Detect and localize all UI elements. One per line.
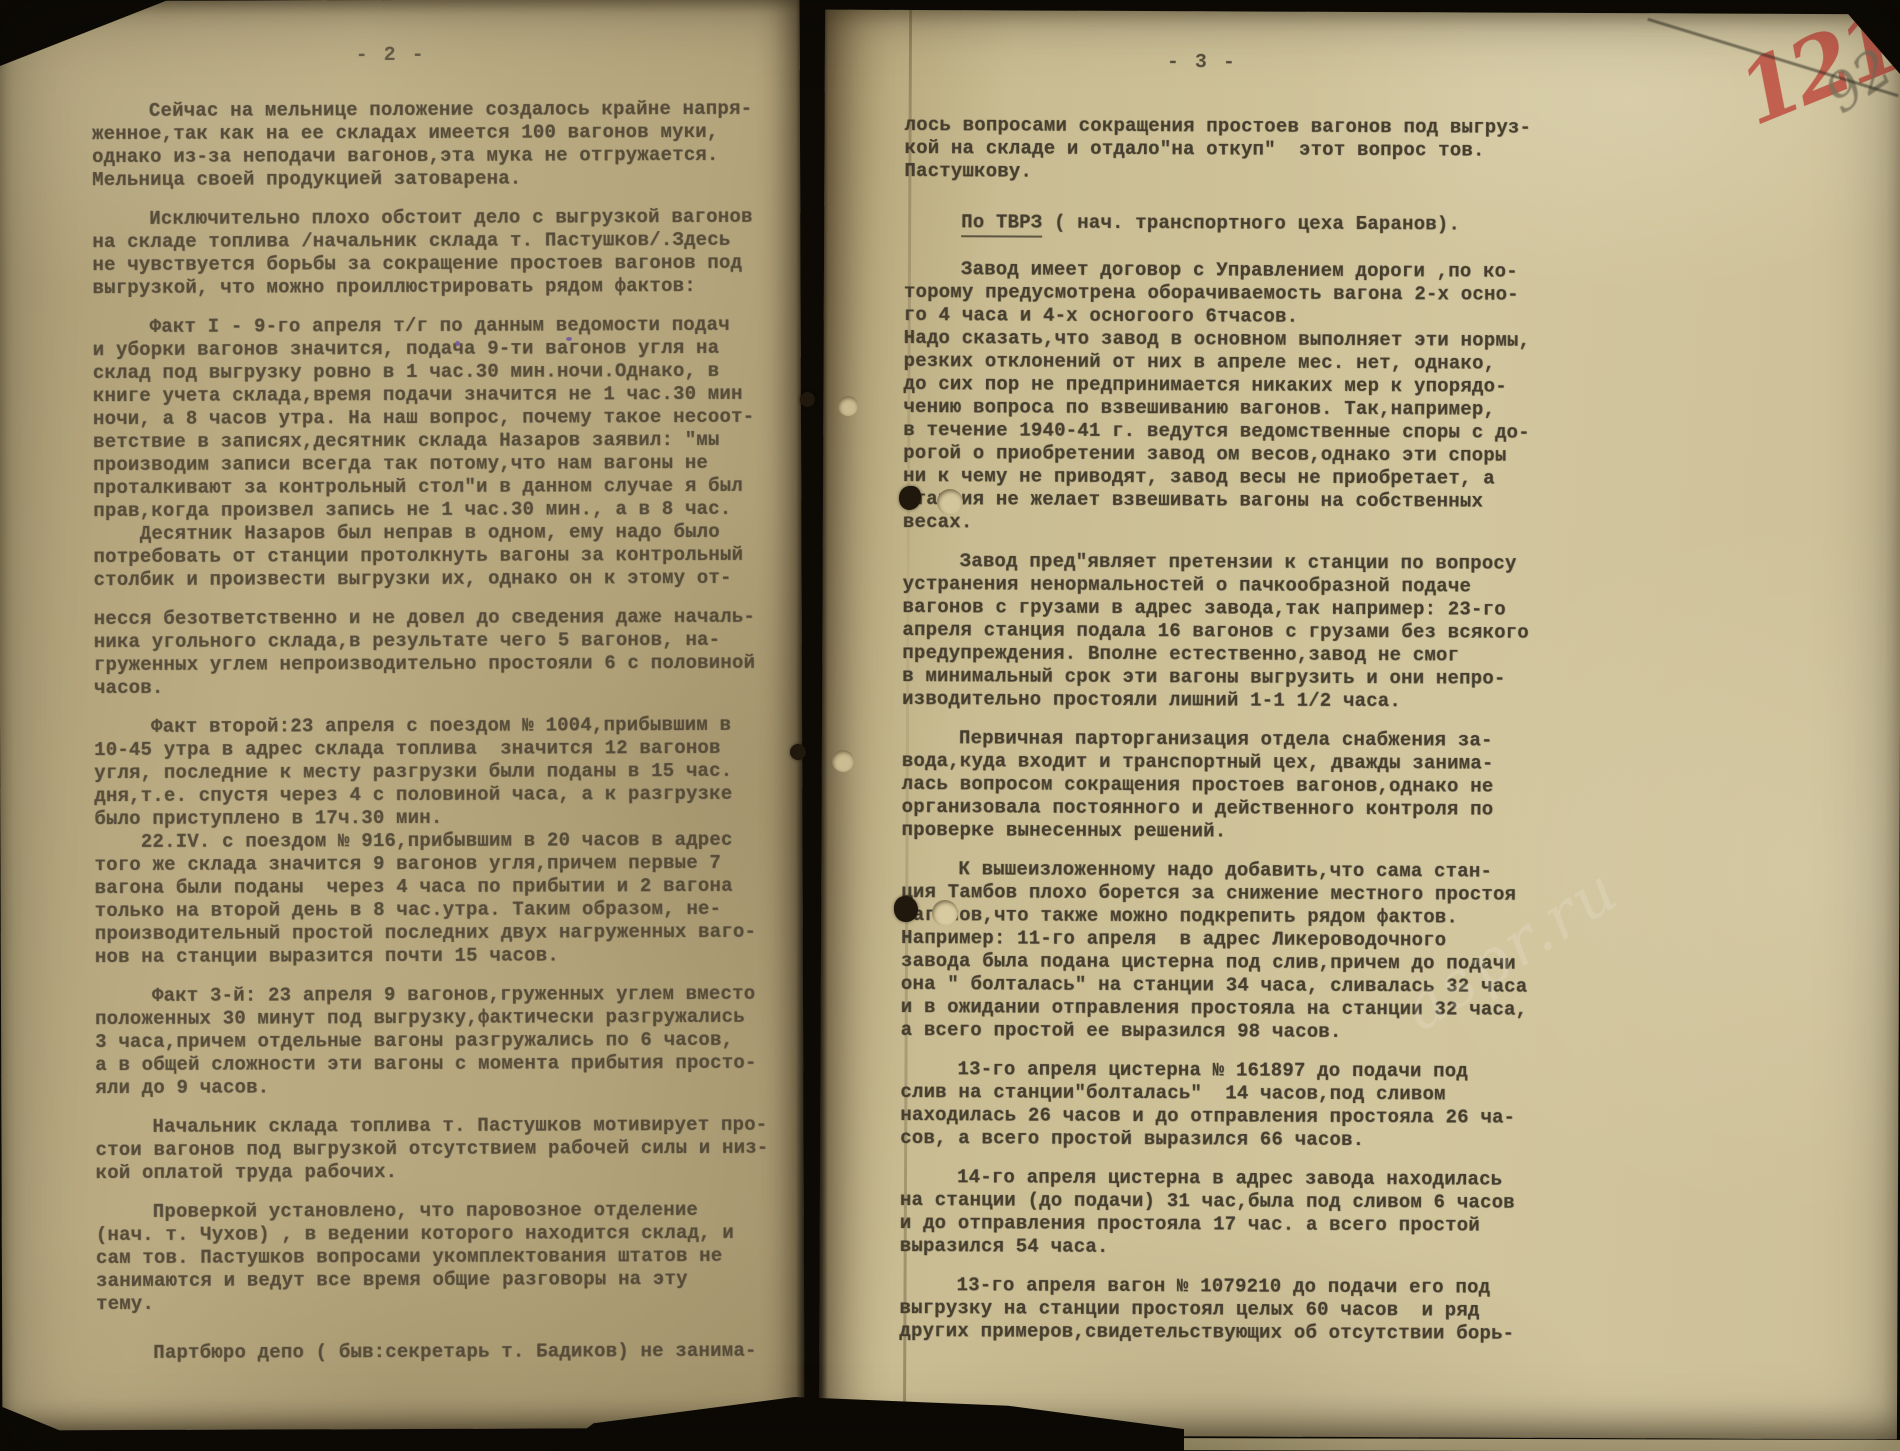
punch-hole	[800, 392, 815, 407]
page-number-left: - 2 -	[356, 44, 426, 67]
underlying-page-edge	[1138, 1438, 1900, 1451]
paragraph: Завод имеет договор с Управлением дороги…	[903, 258, 1531, 537]
punch-hole	[838, 396, 858, 416]
paragraph: Завод пред"являет претензии к станции по…	[902, 550, 1529, 714]
heading-rest-text: ( нач. транспортного цеха Баранов).	[1042, 212, 1460, 236]
paragraph: Партбюро депо ( быв:секретарь т. Бадиков…	[96, 1340, 769, 1365]
ink-speck	[566, 337, 572, 341]
paragraph: Сейчас на мельнице положение создалось к…	[92, 98, 765, 192]
paragraph: Факт второй:23 апреля с поездом № 1004,п…	[94, 714, 768, 969]
paragraph: 14-го апреля цистерна в адрес завода нах…	[900, 1166, 1527, 1261]
section-heading: По ТВРЗ ( нач. транспортного цеха Барано…	[904, 211, 1531, 237]
heading-underlined-text: По ТВРЗ	[961, 211, 1042, 237]
right-page: - 3 - лось вопросами сокращения простоев…	[819, 10, 1900, 1440]
right-page-text: лось вопросами сокращения простоев вагон…	[899, 114, 1531, 1362]
left-page-text: Сейчас на мельнице положение создалось к…	[92, 98, 769, 1381]
paragraph: Начальник склада топлива т. Пастушков мо…	[95, 1114, 768, 1185]
paragraph: Первичная парторганизация отдела снабжен…	[901, 727, 1528, 845]
punch-hole	[832, 750, 854, 772]
paragraph: лось вопросами сокращения простоев вагон…	[904, 114, 1531, 186]
paragraph: Исключительно плохо обстоит дело с выгру…	[92, 206, 765, 300]
paragraph: Проверкой установлено, что паровозное от…	[96, 1199, 769, 1316]
scanned-document: - 2 - Сейчас на мельнице положение созда…	[0, 0, 1900, 1451]
left-page: - 2 - Сейчас на мельнице положение созда…	[0, 0, 804, 1430]
paragraph: 13-го апреля вагон № 1079210 до подачи е…	[899, 1274, 1526, 1346]
binding-gap-shadow	[796, 0, 828, 1451]
punch-hole	[894, 896, 918, 922]
paragraph: несся безответственно и не довел до свед…	[94, 606, 767, 700]
punch-hole	[790, 744, 806, 760]
paragraph: Факт 3-й: 23 апреля 9 вагонов,груженных …	[95, 983, 768, 1100]
page-number-right: - 3 -	[1167, 51, 1237, 74]
punch-hole	[932, 900, 958, 926]
paragraph: 13-го апреля цистерна № 161897 до подачи…	[900, 1058, 1527, 1153]
ink-speck	[455, 341, 460, 346]
punch-hole	[937, 489, 963, 515]
paragraph: Факт I - 9-го апреля т/г по данным ведом…	[93, 314, 767, 592]
